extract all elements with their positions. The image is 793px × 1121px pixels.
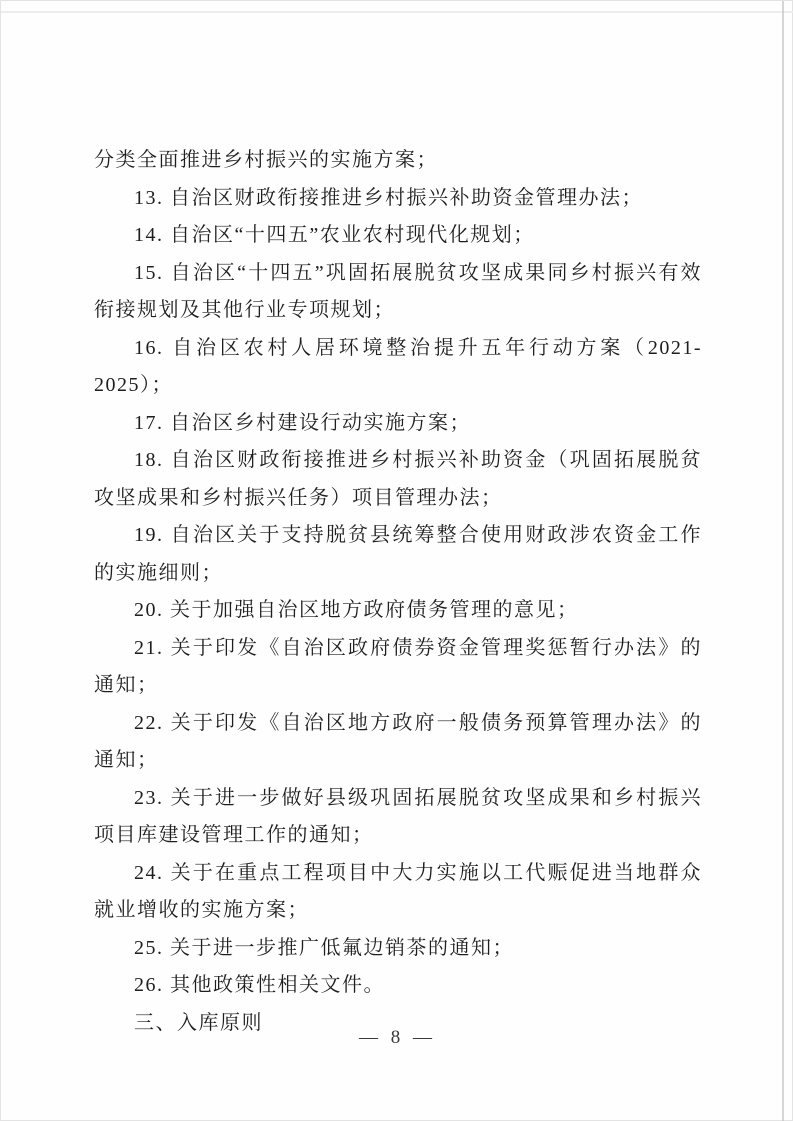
list-item-23: 23. 关于进一步做好县级巩固拓展脱贫攻坚成果和乡村振兴项目库建设管理工作的通知… xyxy=(94,780,702,855)
list-item-14: 14. 自治区“十四五”农业农村现代化规划； xyxy=(94,217,702,255)
list-item-25: 25. 关于进一步推广低氟边销茶的通知； xyxy=(94,930,702,968)
list-item-24: 24. 关于在重点工程项目中大力实施以工代赈促进当地群众就业增收的实施方案； xyxy=(94,855,702,930)
list-item-21: 21. 关于印发《自治区政府债券资金管理奖惩暂行办法》的通知； xyxy=(94,630,702,705)
list-item-22: 22. 关于印发《自治区地方政府一般债务预算管理办法》的通知； xyxy=(94,705,702,780)
scan-edge-right xyxy=(782,1,784,1121)
list-item-13: 13. 自治区财政衔接推进乡村振兴补助资金管理办法； xyxy=(94,180,702,218)
scan-edge-top xyxy=(1,11,793,13)
page-number: — 8 — xyxy=(1,1027,793,1049)
list-item-19: 19. 自治区关于支持脱贫县统筹整合使用财政涉农资金工作的实施细则； xyxy=(94,517,702,592)
list-item-18: 18. 自治区财政衔接推进乡村振兴补助资金（巩固拓展脱贫攻坚成果和乡村振兴任务）… xyxy=(94,442,702,517)
list-item-15: 15. 自治区“十四五”巩固拓展脱贫攻坚成果同乡村振兴有效衔接规划及其他行业专项… xyxy=(94,255,702,330)
paragraph-continuation: 分类全面推进乡村振兴的实施方案； xyxy=(94,142,702,180)
list-item-17: 17. 自治区乡村建设行动实施方案； xyxy=(94,405,702,443)
list-item-16: 16. 自治区农村人居环境整治提升五年行动方案（2021-2025）； xyxy=(94,330,702,405)
document-content: 分类全面推进乡村振兴的实施方案； 13. 自治区财政衔接推进乡村振兴补助资金管理… xyxy=(94,142,702,1042)
list-item-26: 26. 其他政策性相关文件。 xyxy=(94,967,702,1005)
list-item-20: 20. 关于加强自治区地方政府债务管理的意见； xyxy=(94,592,702,630)
document-page: 分类全面推进乡村振兴的实施方案； 13. 自治区财政衔接推进乡村振兴补助资金管理… xyxy=(0,0,793,1121)
